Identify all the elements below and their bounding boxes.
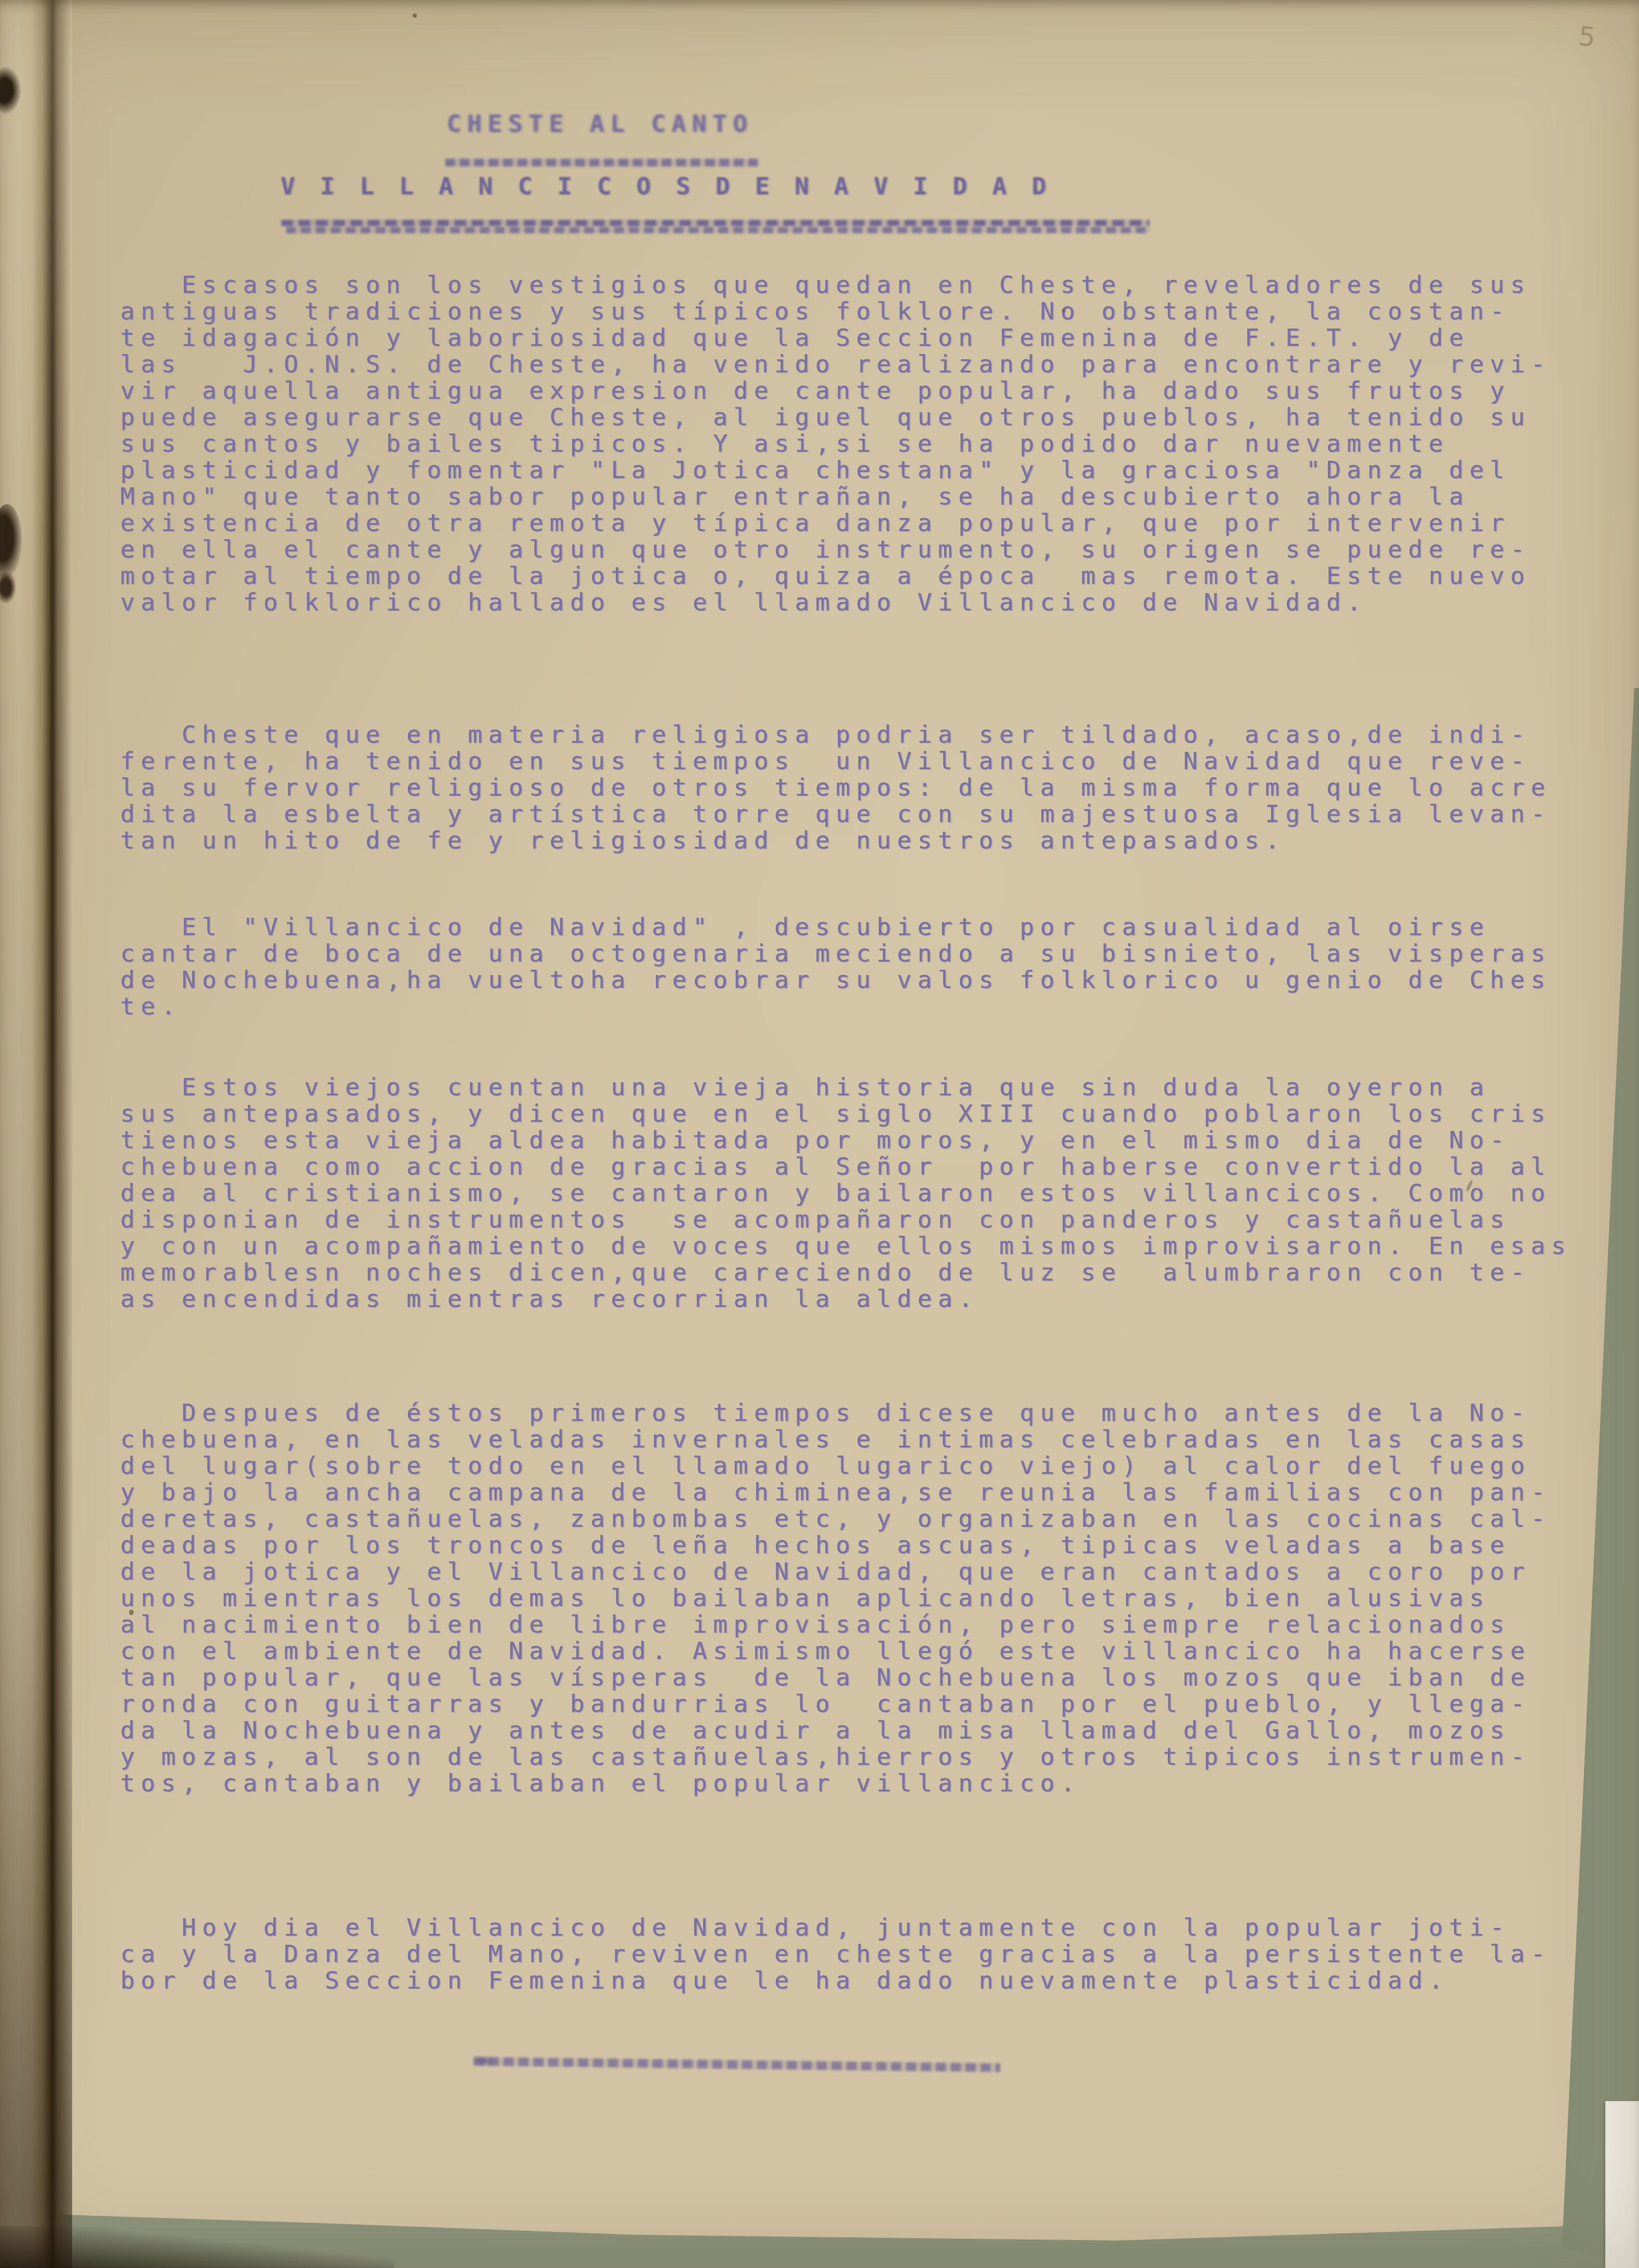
typed-divider-rule	[474, 2057, 1000, 2072]
paragraph-3: El "Villancico de Navidad" , descubierto…	[120, 914, 1551, 1020]
bottom-left-shadow	[0, 2226, 394, 2268]
scanned-typescript-page: CHESTE AL CANTO V I L L A N C I C O S D …	[0, 0, 1639, 2268]
left-page-curl	[0, 0, 72, 2268]
paper-speck	[129, 1609, 134, 1615]
typed-underline-kicker	[445, 159, 758, 166]
paragraph-1: Escasos son los vestigios que quedan en …	[120, 272, 1551, 616]
pencil-page-number: 5	[1577, 20, 1597, 53]
paper-speck	[413, 13, 417, 18]
typed-underline-title	[281, 219, 1149, 235]
document-title: V I L L A N C I C O S D E N A V I D A D	[280, 172, 1051, 200]
scanner-background-strip	[1605, 2101, 1639, 2268]
paragraph-2: Cheste que en materia religiosa podria s…	[120, 722, 1551, 854]
typed-text-layer: CHESTE AL CANTO V I L L A N C I C O S D …	[0, 0, 1639, 2268]
paper-speck	[1062, 309, 1066, 313]
paragraph-5: Despues de éstos primeros tiempos dicese…	[120, 1400, 1551, 1797]
document-kicker: CHESTE AL CANTO	[446, 110, 753, 138]
paragraph-4: Estos viejos cuentan una vieja historia …	[120, 1074, 1572, 1312]
paragraph-6: Hoy dia el Villancico de Navidad, juntam…	[120, 1914, 1551, 1994]
